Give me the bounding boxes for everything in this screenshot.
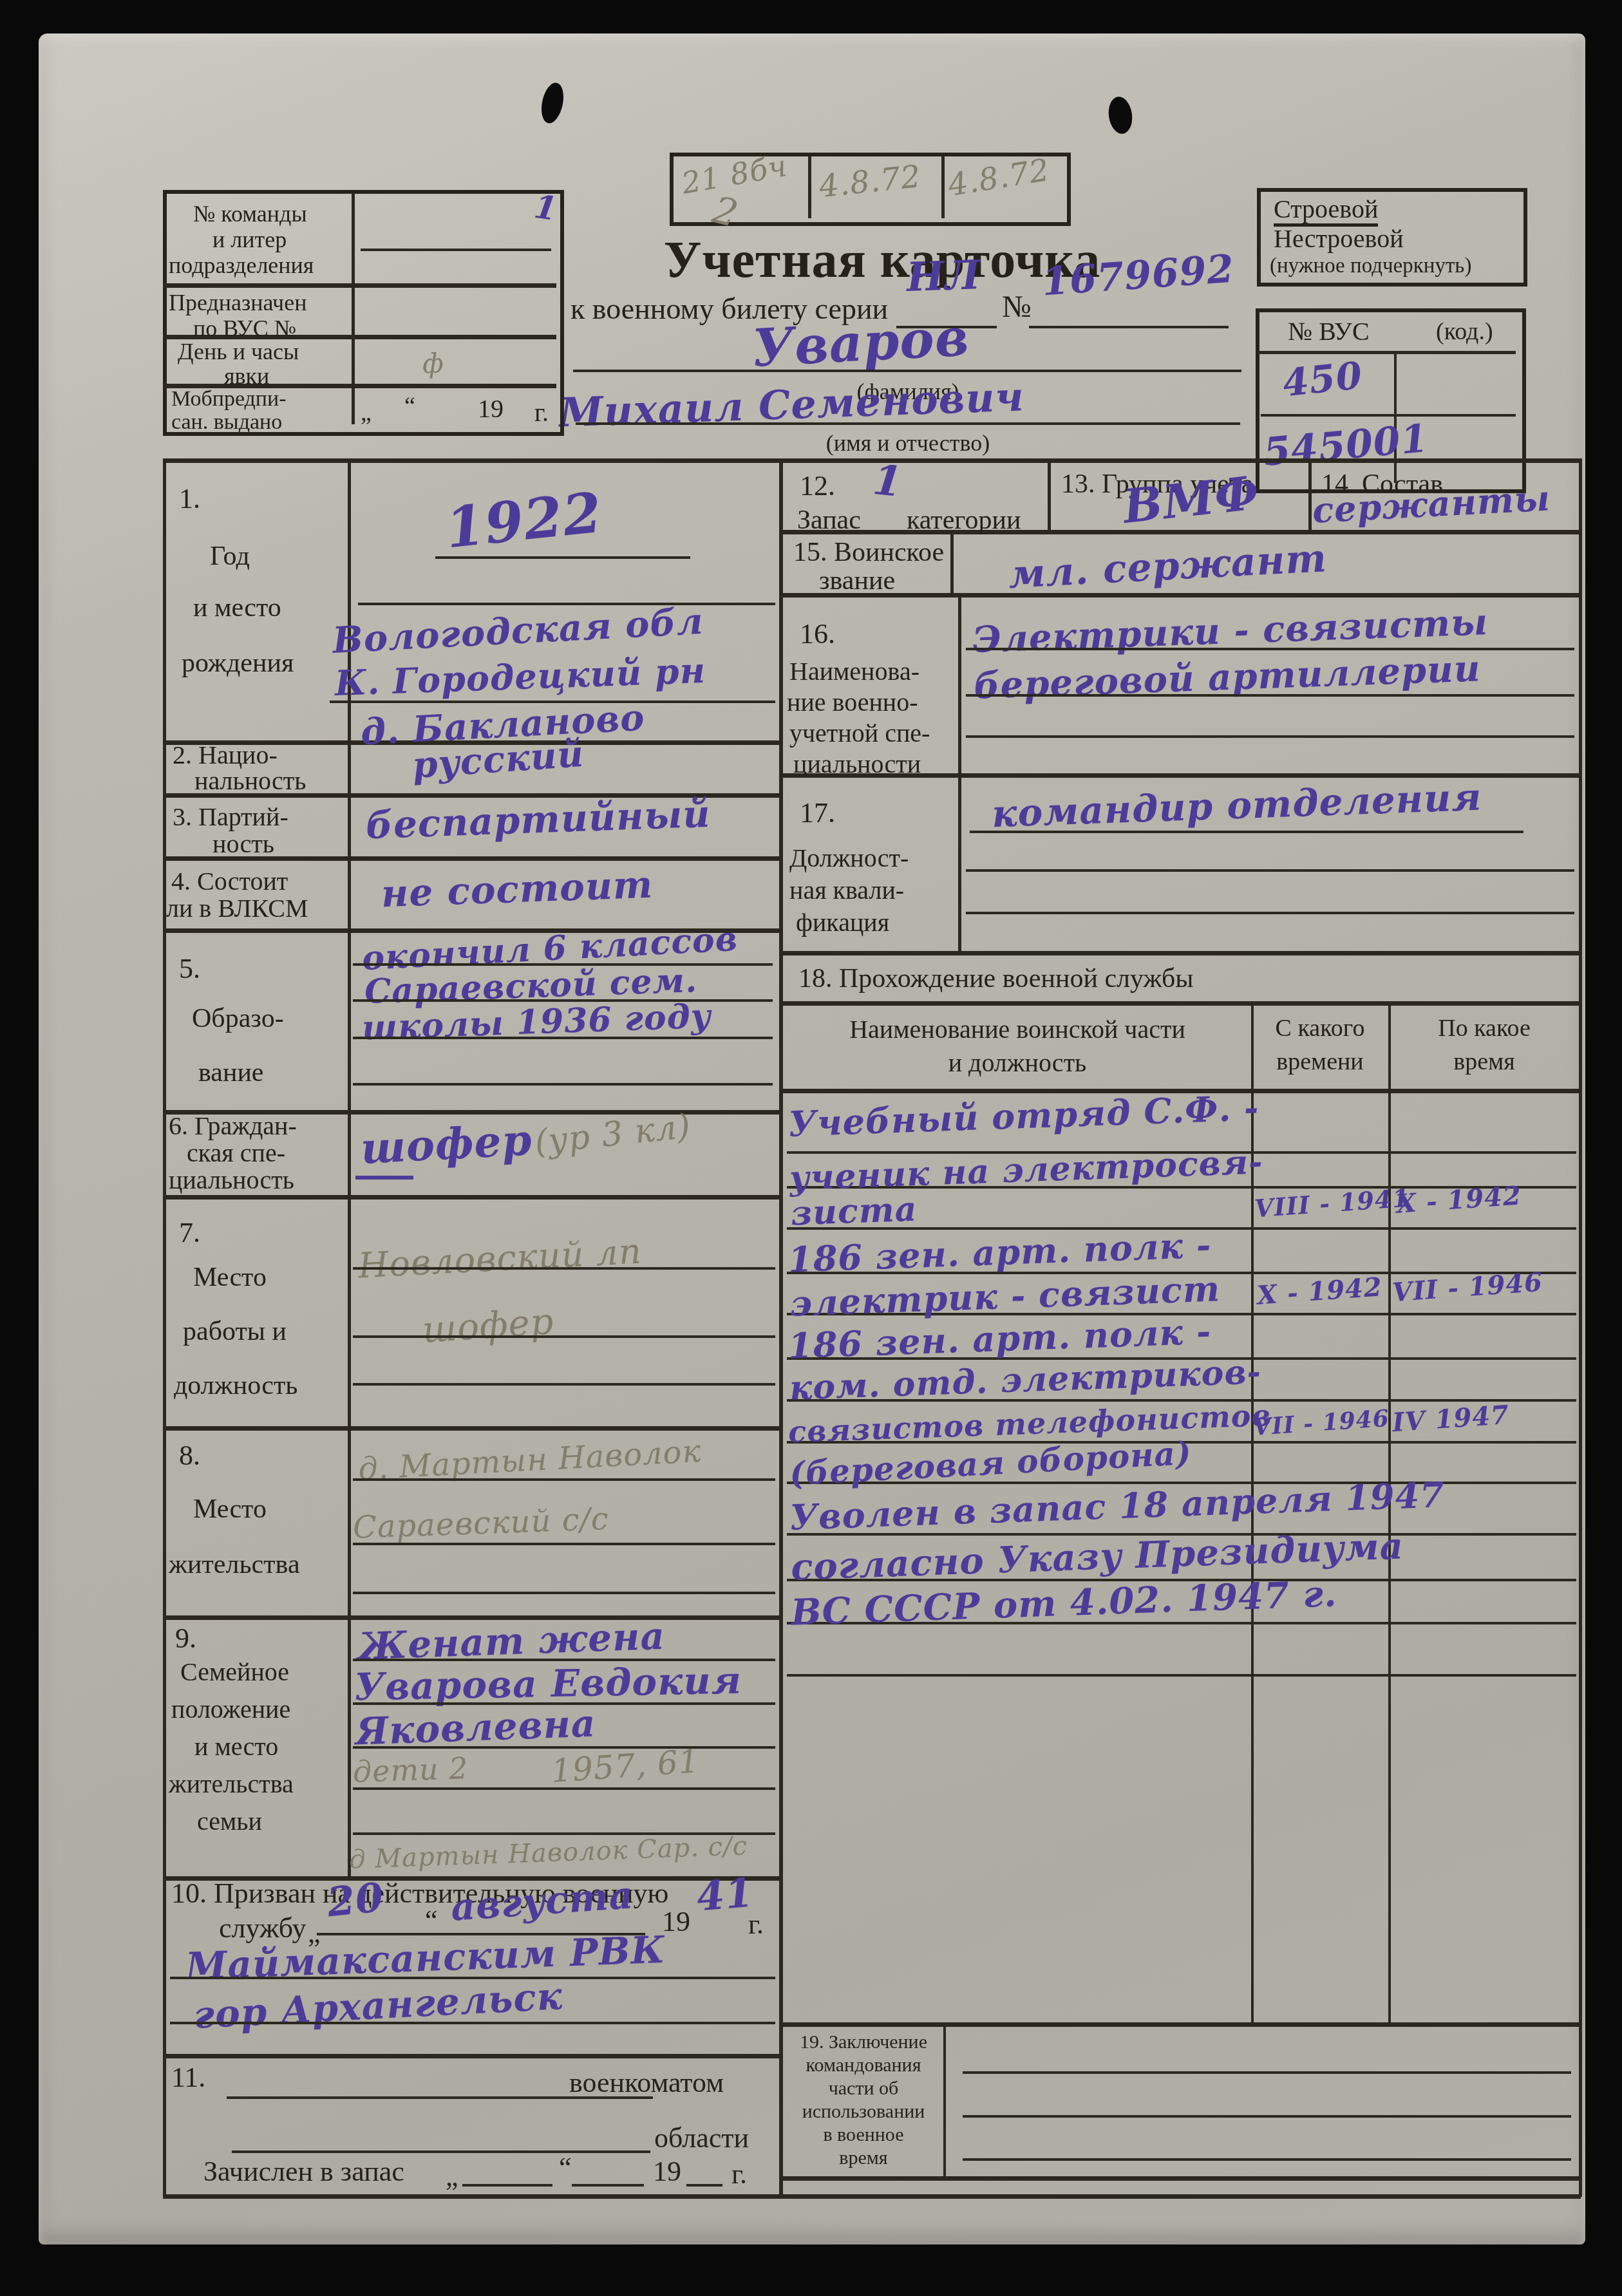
f5-label-1: Образо- bbox=[192, 1004, 284, 1033]
f10-year-hw: 41 bbox=[695, 1872, 755, 1917]
f7-value-2: шофер bbox=[421, 1304, 555, 1349]
f8-label-2: жительства bbox=[169, 1550, 300, 1579]
f18-col2-header-1: С какого bbox=[1254, 1016, 1386, 1042]
f8-line-3 bbox=[353, 1592, 775, 1594]
f10-line-3 bbox=[170, 2022, 775, 2024]
f9-label-5: семьи bbox=[197, 1808, 262, 1835]
tlbox-r3-l1: День и часы bbox=[178, 340, 299, 364]
f18-col2-header-2: времени bbox=[1254, 1049, 1386, 1075]
f11-line-4 bbox=[572, 2184, 644, 2187]
f12-label-3: категории bbox=[907, 506, 1021, 534]
f9-label-4: жительства bbox=[169, 1771, 294, 1798]
tlbox-line-1 bbox=[163, 283, 556, 288]
f6-label-1: 6. Граждан- bbox=[169, 1113, 297, 1140]
f9-value-3: Яковлевна bbox=[355, 1705, 596, 1751]
f19-line-1 bbox=[963, 2071, 1571, 2074]
f17-label-3: фикация bbox=[796, 909, 889, 936]
f9-label-2: положение bbox=[171, 1696, 290, 1723]
f18-title: 18. Прохождение военной службы bbox=[798, 965, 1194, 993]
f18-entry-2: зиста bbox=[790, 1193, 918, 1231]
combat-status-underlined: Строевой bbox=[1274, 194, 1378, 227]
left-row-line-7 bbox=[163, 1426, 779, 1431]
tlbox-r4-l1: Мобпредпи- bbox=[171, 388, 287, 411]
f19-divider bbox=[943, 2026, 946, 2176]
tlbox-r4-year: 19 bbox=[478, 395, 504, 422]
tlbox-r4-l2: сан. выдано bbox=[171, 411, 282, 434]
f18-col3-header-1: По какое bbox=[1392, 1016, 1576, 1042]
f3-label-1: 3. Партий- bbox=[173, 804, 288, 831]
f18-entry-7-to: IV 1947 bbox=[1391, 1402, 1510, 1436]
f15-label-1: 15. Воинское bbox=[793, 538, 944, 567]
f6-label-2: ская спе- bbox=[187, 1140, 285, 1167]
tlbox-r1-l1: № команды bbox=[193, 202, 307, 227]
f10-g: г. bbox=[748, 1910, 764, 1939]
f10-day: 20 bbox=[325, 1877, 386, 1923]
f2-label-2: нальность bbox=[194, 767, 306, 795]
f7-line-2 bbox=[353, 1335, 775, 1338]
tlbox-r1-fill-line bbox=[361, 249, 551, 251]
f19-label-2: командования bbox=[784, 2055, 943, 2076]
vus-header-right: (код.) bbox=[1436, 319, 1493, 345]
f16-label-2: ние военно- bbox=[787, 689, 918, 716]
tlbox-r1-note: 1 bbox=[533, 191, 560, 225]
f9-line-4 bbox=[353, 1787, 775, 1790]
f3-value: беспартийный bbox=[365, 795, 711, 845]
f9-line-3 bbox=[353, 1746, 775, 1749]
f7-line-3 bbox=[353, 1383, 775, 1386]
f8-num: 8. bbox=[179, 1441, 200, 1471]
f19-label-5: в военное bbox=[784, 2125, 943, 2145]
tlbox-r3-l2: явки bbox=[224, 364, 269, 389]
divider-15 bbox=[950, 533, 954, 593]
f9-pencil-2: 1957, 61 bbox=[551, 1745, 701, 1787]
vus-header-line bbox=[1258, 351, 1516, 354]
surname-line bbox=[573, 370, 1241, 372]
vus-header-left: № ВУС bbox=[1288, 318, 1370, 345]
f19-label-1: 19. Заключение bbox=[784, 2032, 943, 2053]
f19-line-3 bbox=[963, 2158, 1571, 2161]
f3-label-2: ность bbox=[212, 831, 274, 858]
table-bottom-border bbox=[163, 2194, 1581, 2199]
right-row-line-4 bbox=[779, 951, 1579, 955]
vus-row-line bbox=[1261, 414, 1516, 417]
f7-label-2: работы и bbox=[183, 1317, 287, 1346]
f15-label-2: звание bbox=[819, 567, 895, 595]
f11-g: г. bbox=[731, 2160, 747, 2189]
f17-num: 17. bbox=[800, 798, 835, 828]
tlbox-r2-l1: Предназначен bbox=[169, 291, 306, 315]
f17-label-2: ная квали- bbox=[789, 877, 904, 904]
f16-line-3 bbox=[966, 735, 1574, 738]
f11-num: 11. bbox=[171, 2063, 205, 2093]
f5-line-3 bbox=[353, 1037, 773, 1039]
f19-line-2 bbox=[963, 2115, 1571, 2118]
tlbox-r3-note: ф bbox=[422, 350, 444, 377]
tlbox-r1-l2: и литер bbox=[212, 228, 287, 252]
divider-12-13 bbox=[1048, 461, 1051, 530]
f16-label-4: циальности bbox=[793, 751, 921, 778]
f10-year-print: 19 bbox=[662, 1907, 690, 1937]
f4-value: не состоит bbox=[381, 866, 654, 913]
f18-col1-header-1: Наименование воинской части bbox=[792, 1016, 1243, 1043]
f1-label-2: и место bbox=[193, 594, 281, 622]
divider-16-17 bbox=[958, 596, 961, 951]
f5-label-2: вание bbox=[198, 1059, 264, 1087]
f16-line-1 bbox=[966, 648, 1574, 650]
left-row-line-10 bbox=[163, 2054, 779, 2058]
table-center-divider bbox=[779, 458, 783, 2197]
left-row-line-8 bbox=[163, 1615, 779, 1620]
f16-label-1: Наименова- bbox=[789, 658, 919, 685]
f11-word-2: области bbox=[654, 2123, 749, 2153]
combat-status-line3: (нужное подчеркнуть) bbox=[1270, 255, 1471, 278]
number-sign: № bbox=[1002, 291, 1032, 323]
f7-label-3: должность bbox=[174, 1371, 297, 1400]
f6-label-3: циальность bbox=[169, 1167, 294, 1194]
f11-year: 19 bbox=[653, 2157, 681, 2187]
f5-line-4 bbox=[353, 1083, 773, 1086]
tlbox-r4-q1: „ bbox=[361, 400, 372, 426]
f16-num: 16. bbox=[800, 619, 835, 649]
tlbox-r1-l3: подразделения bbox=[169, 254, 314, 278]
f8-line-1 bbox=[353, 1478, 775, 1481]
f9-label-1: Семейное bbox=[180, 1659, 289, 1686]
f16-line-2 bbox=[966, 694, 1574, 697]
f11-q1: „ bbox=[446, 2162, 458, 2192]
f7-line-1 bbox=[353, 1267, 775, 1270]
f6-underline bbox=[355, 1176, 413, 1180]
f19-label-3: части об bbox=[784, 2078, 943, 2099]
f9-label-3: и место bbox=[194, 1733, 278, 1760]
table-left-border bbox=[163, 458, 166, 2197]
number-underline bbox=[1029, 326, 1229, 328]
f11-word-3: Зачислен в запас bbox=[203, 2157, 404, 2187]
f12-category-hw: 1 bbox=[871, 460, 905, 503]
right-row-line-2 bbox=[779, 593, 1579, 598]
stamp-box-divider-1 bbox=[808, 156, 811, 218]
f9-num: 9. bbox=[175, 1624, 196, 1653]
f12-label-2: Запас bbox=[797, 506, 861, 534]
f12-label-1: 12. bbox=[800, 471, 835, 501]
f17-line-3 bbox=[966, 912, 1574, 914]
f4-label-1: 4. Состоит bbox=[171, 868, 288, 895]
f18-header-top bbox=[779, 1001, 1579, 1006]
f18-col3-header-2: время bbox=[1392, 1049, 1576, 1075]
tlbox-r4-q2: “ bbox=[404, 394, 415, 420]
table-right-border bbox=[1579, 458, 1582, 2197]
vus-value-1: 450 bbox=[1281, 357, 1364, 402]
f9-value-2: Уварова Евдокия bbox=[354, 1662, 742, 1706]
f11-line-5 bbox=[686, 2184, 722, 2187]
f4-label-2: ли в ВЛКСМ bbox=[166, 895, 308, 922]
f17-line-1 bbox=[970, 831, 1523, 833]
left-row-line-6 bbox=[163, 1195, 779, 1200]
f19-label-4: использовании bbox=[784, 2102, 943, 2122]
tlbox-r2-l2: по ВУС № bbox=[193, 317, 296, 341]
f8-label-1: Место bbox=[193, 1495, 267, 1523]
f11-line-3 bbox=[462, 2184, 552, 2187]
f17-line-2 bbox=[966, 869, 1574, 872]
f2-label-1: 2. Нацио- bbox=[173, 742, 278, 769]
f19-label-6: время bbox=[784, 2148, 943, 2169]
f19-bottom bbox=[779, 2176, 1579, 2181]
f7-label-1: Место bbox=[193, 1263, 267, 1292]
f10-q2: “ bbox=[425, 1906, 438, 1935]
f11-word-1: военкоматом bbox=[569, 2068, 724, 2098]
stamp-box-divider-2 bbox=[941, 156, 945, 218]
tlbox-divider bbox=[352, 194, 355, 424]
f5-num: 5. bbox=[179, 954, 200, 984]
f1-label-3: рождения bbox=[182, 649, 294, 677]
tlbox-r4-g: г. bbox=[534, 399, 549, 426]
table-top-border bbox=[163, 458, 1581, 463]
right-row-line-1 bbox=[779, 530, 1579, 534]
name-label: (имя и отчество) bbox=[792, 431, 1024, 456]
f11-q2: “ bbox=[559, 2153, 572, 2183]
combat-status-line1: Строевой bbox=[1274, 196, 1378, 223]
name-line bbox=[576, 422, 1240, 425]
f1-num: 1. bbox=[179, 484, 200, 514]
f2-value: русский bbox=[411, 736, 585, 784]
f8-line-2 bbox=[353, 1543, 775, 1545]
combat-status-line2: Нестроевой bbox=[1274, 225, 1404, 252]
f18-row-line-12 bbox=[787, 1674, 1576, 1677]
f11-line-2 bbox=[232, 2150, 650, 2153]
scanned-photo: { "stamp_box": { "c1": "21 8бч", "c2": "… bbox=[0, 0, 1622, 2296]
f6-value: шофер bbox=[359, 1118, 533, 1170]
f1-year-line bbox=[435, 556, 690, 559]
f1-line-1 bbox=[358, 603, 775, 605]
f1-year: 1922 bbox=[443, 485, 605, 557]
f10-label-2: службу bbox=[219, 1914, 306, 1943]
f1-label-1: Год bbox=[210, 542, 250, 570]
f19-top bbox=[779, 2022, 1579, 2027]
f17-label-1: Должност- bbox=[789, 845, 909, 872]
surname-handwritten: Уваров bbox=[751, 311, 970, 374]
f13-value: ВМФ bbox=[1121, 469, 1261, 530]
f8-value-2: Сараевский с/с bbox=[352, 1503, 609, 1543]
series-handwritten: НЛ bbox=[906, 255, 981, 297]
f18-col1-header-2: и должность bbox=[792, 1049, 1243, 1077]
f16-label-3: учетной спе- bbox=[789, 720, 930, 747]
f9-pencil-1: дети 2 bbox=[352, 1753, 469, 1787]
f7-num: 7. bbox=[179, 1218, 200, 1248]
